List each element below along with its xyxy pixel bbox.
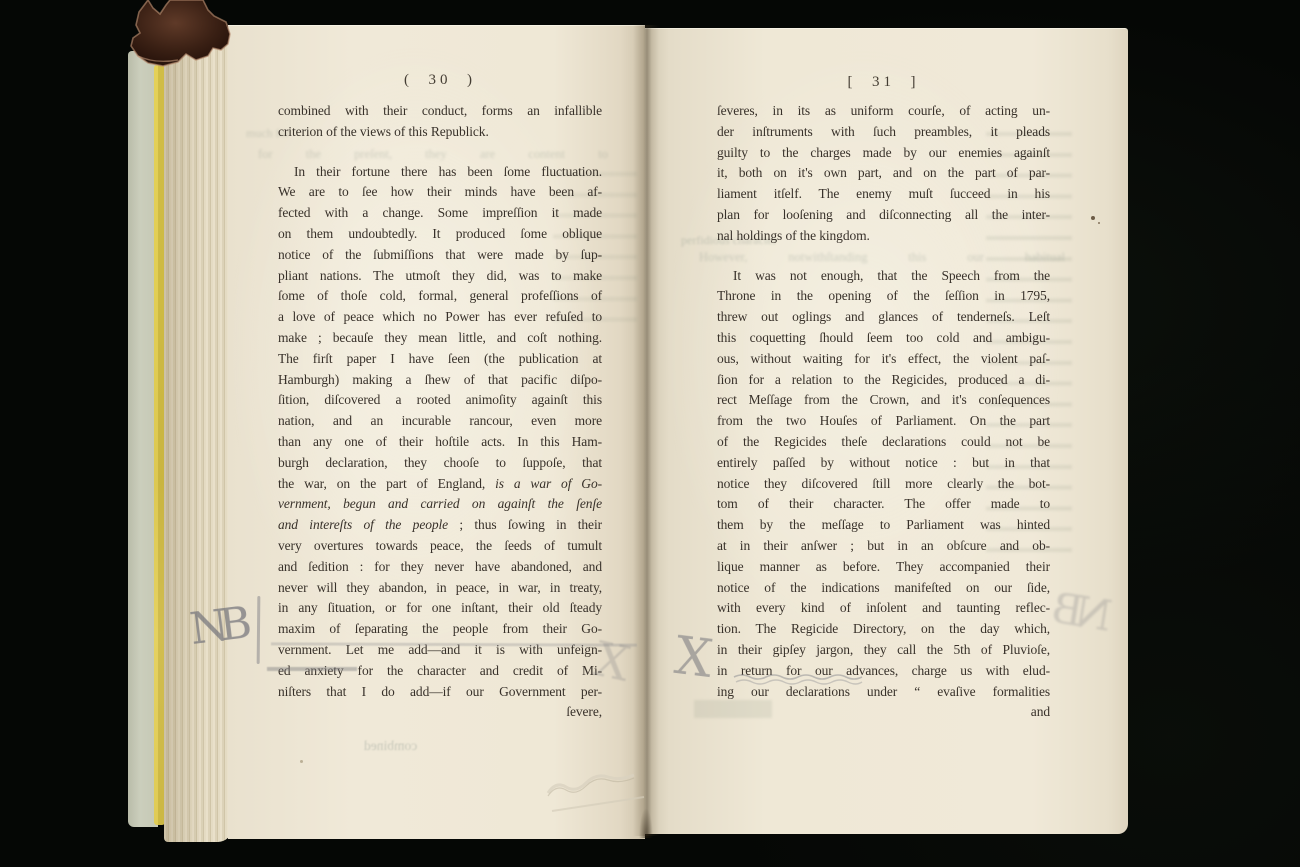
text-segment: pliant nations. The utmoſt they did, was… [278, 268, 602, 283]
page-crease-squiggle [540, 765, 680, 815]
text-line: notice of the indications manifeſted on … [717, 578, 1050, 599]
text-segment: ſion for a relation to the Regicides, pr… [717, 372, 1050, 387]
text-line: nation, and an incurable rancour, even m… [278, 411, 602, 432]
pencil-wavy-underline [732, 672, 872, 686]
text-line: never will they abandon, in peace, in wa… [278, 578, 602, 599]
text-line: threw out oglings and glances of tendern… [717, 307, 1050, 328]
text-segment: plan for looſening and diſconnecting all… [717, 207, 1050, 222]
left-page-text-block: combined with their conduct, forms an in… [278, 101, 602, 723]
text-line: Throne in the opening of the ſeſſion in … [717, 286, 1050, 307]
text-line: and intereſts of the people ; thus ſowin… [278, 515, 602, 536]
italic-text-segment: and intereſts of the people [278, 517, 448, 532]
text-line: of the Regicides theſe declarations coul… [717, 432, 1050, 453]
text-line: on them undoubtedly. It produced ſome ob… [278, 224, 602, 245]
text-line: it, both on it's own part, and on the pa… [717, 163, 1050, 184]
text-segment: very overtures towards peace, the ſeeds … [278, 538, 602, 553]
text-line: It was not enough, that the Speech from … [717, 266, 1050, 287]
text-line: In their fortune there has been ſome flu… [278, 162, 602, 183]
text-line: niſters that I do add—if our Government … [278, 682, 602, 703]
text-segment: Hamburgh) making a ſhew of that pacific … [278, 372, 602, 387]
text-line: ſeveres, in its as uniform courſe, of ac… [717, 101, 1050, 122]
paper-speck [1091, 216, 1095, 220]
text-line: nal holdings of the kingdom. [717, 226, 1050, 247]
text-segment: Throne in the opening of the ſeſſion in … [717, 288, 1050, 303]
pencil-underline [267, 667, 357, 671]
text-segment: of the Regicides theſe declarations coul… [717, 434, 1050, 449]
text-segment: from the two Houſes of Parliament. On th… [717, 413, 1050, 428]
text-line: ſion for a relation to the Regicides, pr… [717, 370, 1050, 391]
paper-speck [300, 760, 303, 763]
text-segment: niſters that I do add—if our Government … [278, 684, 602, 699]
text-line: notice of the ſubmiſſions that were made… [278, 245, 602, 266]
text-segment: nal holdings of the kingdom. [717, 228, 870, 243]
text-line: liament itſelf. The enemy muſt ſucceed i… [717, 184, 1050, 205]
text-line: ſome of thoſe cold, formal, general prof… [278, 286, 602, 307]
paragraph-gap [278, 143, 602, 162]
text-line: make ; becauſe they mean little, and coſ… [278, 328, 602, 349]
text-line: We are to ſee how their minds have been … [278, 182, 602, 203]
text-segment: than any one of their hoſtile acts. In t… [278, 434, 602, 449]
text-line: plan for looſening and diſconnecting all… [717, 205, 1050, 226]
text-line: entirely paſſed by without notice : but … [717, 453, 1050, 474]
text-line: in their gipſey jargon, they call the 5t… [717, 640, 1050, 661]
text-segment: tion. The Regicide Directory, on the day… [717, 621, 1050, 636]
text-segment: at in their anſwer ; but in an obſcure a… [717, 538, 1050, 553]
text-segment: der inſtruments with ſuch preambles, it … [717, 124, 1050, 139]
text-segment: lique manner as before. They accompanied… [717, 559, 1050, 574]
text-segment: the war, on the part of England, [278, 476, 495, 491]
text-line: tom of their character. The offer made t… [717, 494, 1050, 515]
text-segment: In their fortune there has been ſome flu… [294, 164, 602, 179]
bronze-clip [125, 0, 240, 72]
text-line: rect Meſſage from the Crown, and it's co… [717, 390, 1050, 411]
text-segment: tom of their character. The offer made t… [717, 496, 1050, 511]
pencil-x-mark: X [671, 626, 715, 690]
text-line: with every kind of inſolent and taunting… [717, 598, 1050, 619]
text-segment: in their gipſey jargon, they call the 5t… [717, 642, 1050, 657]
text-segment: a love of peace which no Power has ever … [278, 309, 602, 324]
text-segment: it, both on it's own part, and on the pa… [717, 165, 1050, 180]
text-line: ſition, diſcovered a rooted animoſity ag… [278, 390, 602, 411]
text-line: than any one of their hoſtile acts. In t… [278, 432, 602, 453]
text-segment: rect Meſſage from the Crown, and it's co… [717, 392, 1050, 407]
text-segment: with every kind of inſolent and taunting… [717, 600, 1050, 615]
text-line: notice they diſcovered ſtill more clearl… [717, 474, 1050, 495]
text-line: Hamburgh) making a ſhew of that pacific … [278, 370, 602, 391]
text-segment: It was not enough, that the Speech from … [733, 268, 1050, 283]
page-block-fore-edge [164, 29, 232, 842]
text-line: ous, without waiting for it's effect, th… [717, 349, 1050, 370]
text-line: pliant nations. The utmoſt they did, was… [278, 266, 602, 287]
text-segment: threw out oglings and glances of tendern… [717, 309, 1050, 324]
catchword: ſevere, [278, 702, 602, 723]
paper-speck [1098, 222, 1100, 224]
showthrough-text-mirrored: combined [364, 738, 417, 754]
text-segment: combined with their conduct, forms an in… [278, 103, 602, 118]
text-segment: ſevere, [566, 704, 602, 719]
text-segment: them by the meſſage to Parliament was hi… [717, 517, 1050, 532]
text-segment: ſition, diſcovered a rooted animoſity ag… [278, 392, 602, 407]
book-gutter [633, 25, 659, 836]
text-segment: We are to ſee how their minds have been … [278, 184, 602, 199]
text-segment: entirely paſſed by without notice : but … [717, 455, 1050, 470]
text-segment: never will they abandon, in peace, in wa… [278, 580, 602, 595]
text-segment: this coquetting ſhould ſeem too cold and… [717, 330, 1050, 345]
right-page-text-block: ſeveres, in its as uniform courſe, of ac… [717, 101, 1050, 723]
text-segment: ſome of thoſe cold, formal, general prof… [278, 288, 602, 303]
text-segment: maxim of ſeparating the people from thei… [278, 621, 602, 636]
text-line: lique manner as before. They accompanied… [717, 557, 1050, 578]
text-line: the war, on the part of England, is a wa… [278, 474, 602, 495]
photo-of-open-book: much for for the preſent, they are conte… [0, 0, 1300, 867]
text-segment: in any ſituation, or for one inſtant, th… [278, 600, 602, 615]
text-line: at in their anſwer ; but in an obſcure a… [717, 536, 1050, 557]
italic-text-segment: is a war of Go- [495, 476, 602, 491]
text-segment: ſeveres, in its as uniform courſe, of ac… [717, 103, 1050, 118]
text-line: combined with their conduct, forms an in… [278, 101, 602, 122]
text-segment: and [1031, 704, 1050, 719]
catchword: and [717, 702, 1050, 723]
text-line: a love of peace which no Power has ever … [278, 307, 602, 328]
text-segment: notice of the indications manifeſted on … [717, 580, 1050, 595]
pencil-nb-note: NB [187, 598, 246, 655]
paragraph-gap [717, 247, 1050, 266]
text-line: tion. The Regicide Directory, on the day… [717, 619, 1050, 640]
text-line: fected with a change. Some impreſſion it… [278, 203, 602, 224]
text-segment: burgh declaration, they chooſe to ſuppoſ… [278, 455, 602, 470]
text-line: der inſtruments with ſuch preambles, it … [717, 122, 1050, 143]
text-line: from the two Houſes of Parliament. On th… [717, 411, 1050, 432]
text-segment: on them undoubtedly. It produced ſome ob… [278, 226, 602, 241]
text-segment: criterion of the views of this Republick… [278, 124, 489, 139]
text-line: very overtures towards peace, the ſeeds … [278, 536, 602, 557]
text-line: in any ſituation, or for one inſtant, th… [278, 598, 602, 619]
page-number-right: [ 31 ] [717, 74, 1050, 96]
text-line: maxim of ſeparating the people from thei… [278, 619, 602, 640]
text-line: criterion of the views of this Republick… [278, 122, 602, 143]
italic-text-segment: vernment, begun and carried on againſt t… [278, 496, 602, 511]
text-segment: nation, and an incurable rancour, even m… [278, 413, 602, 428]
text-line: ed anxiety for the character and credit … [278, 661, 602, 682]
text-segment: notice of the ſubmiſſions that were made… [278, 247, 602, 262]
page-number-left: ( 30 ) [278, 72, 602, 94]
text-segment: The firſt paper I have ſeen (the publica… [278, 351, 602, 366]
pencil-nb-showthrough: NB [1056, 584, 1115, 640]
text-line: this coquetting ſhould ſeem too cold and… [717, 328, 1050, 349]
text-segment: notice they diſcovered ſtill more clearl… [717, 476, 1050, 491]
text-segment: and ſedition : for they never have aband… [278, 559, 602, 574]
text-segment: fected with a change. Some impreſſion it… [278, 205, 602, 220]
text-line: burgh declaration, they chooſe to ſuppoſ… [278, 453, 602, 474]
text-line: The firſt paper I have ſeen (the publica… [278, 349, 602, 370]
text-segment: guilty to the charges made by our enemie… [717, 145, 1050, 160]
text-line: and ſedition : for they never have aband… [278, 557, 602, 578]
text-line: guilty to the charges made by our enemie… [717, 143, 1050, 164]
text-line: them by the meſſage to Parliament was hi… [717, 515, 1050, 536]
text-line: vernment, begun and carried on againſt t… [278, 494, 602, 515]
text-segment: ; thus ſowing in their [448, 517, 602, 532]
text-segment: ous, without waiting for it's effect, th… [717, 351, 1050, 366]
text-segment: make ; becauſe they mean little, and coſ… [278, 330, 602, 345]
text-segment: liament itſelf. The enemy muſt ſucceed i… [717, 186, 1050, 201]
